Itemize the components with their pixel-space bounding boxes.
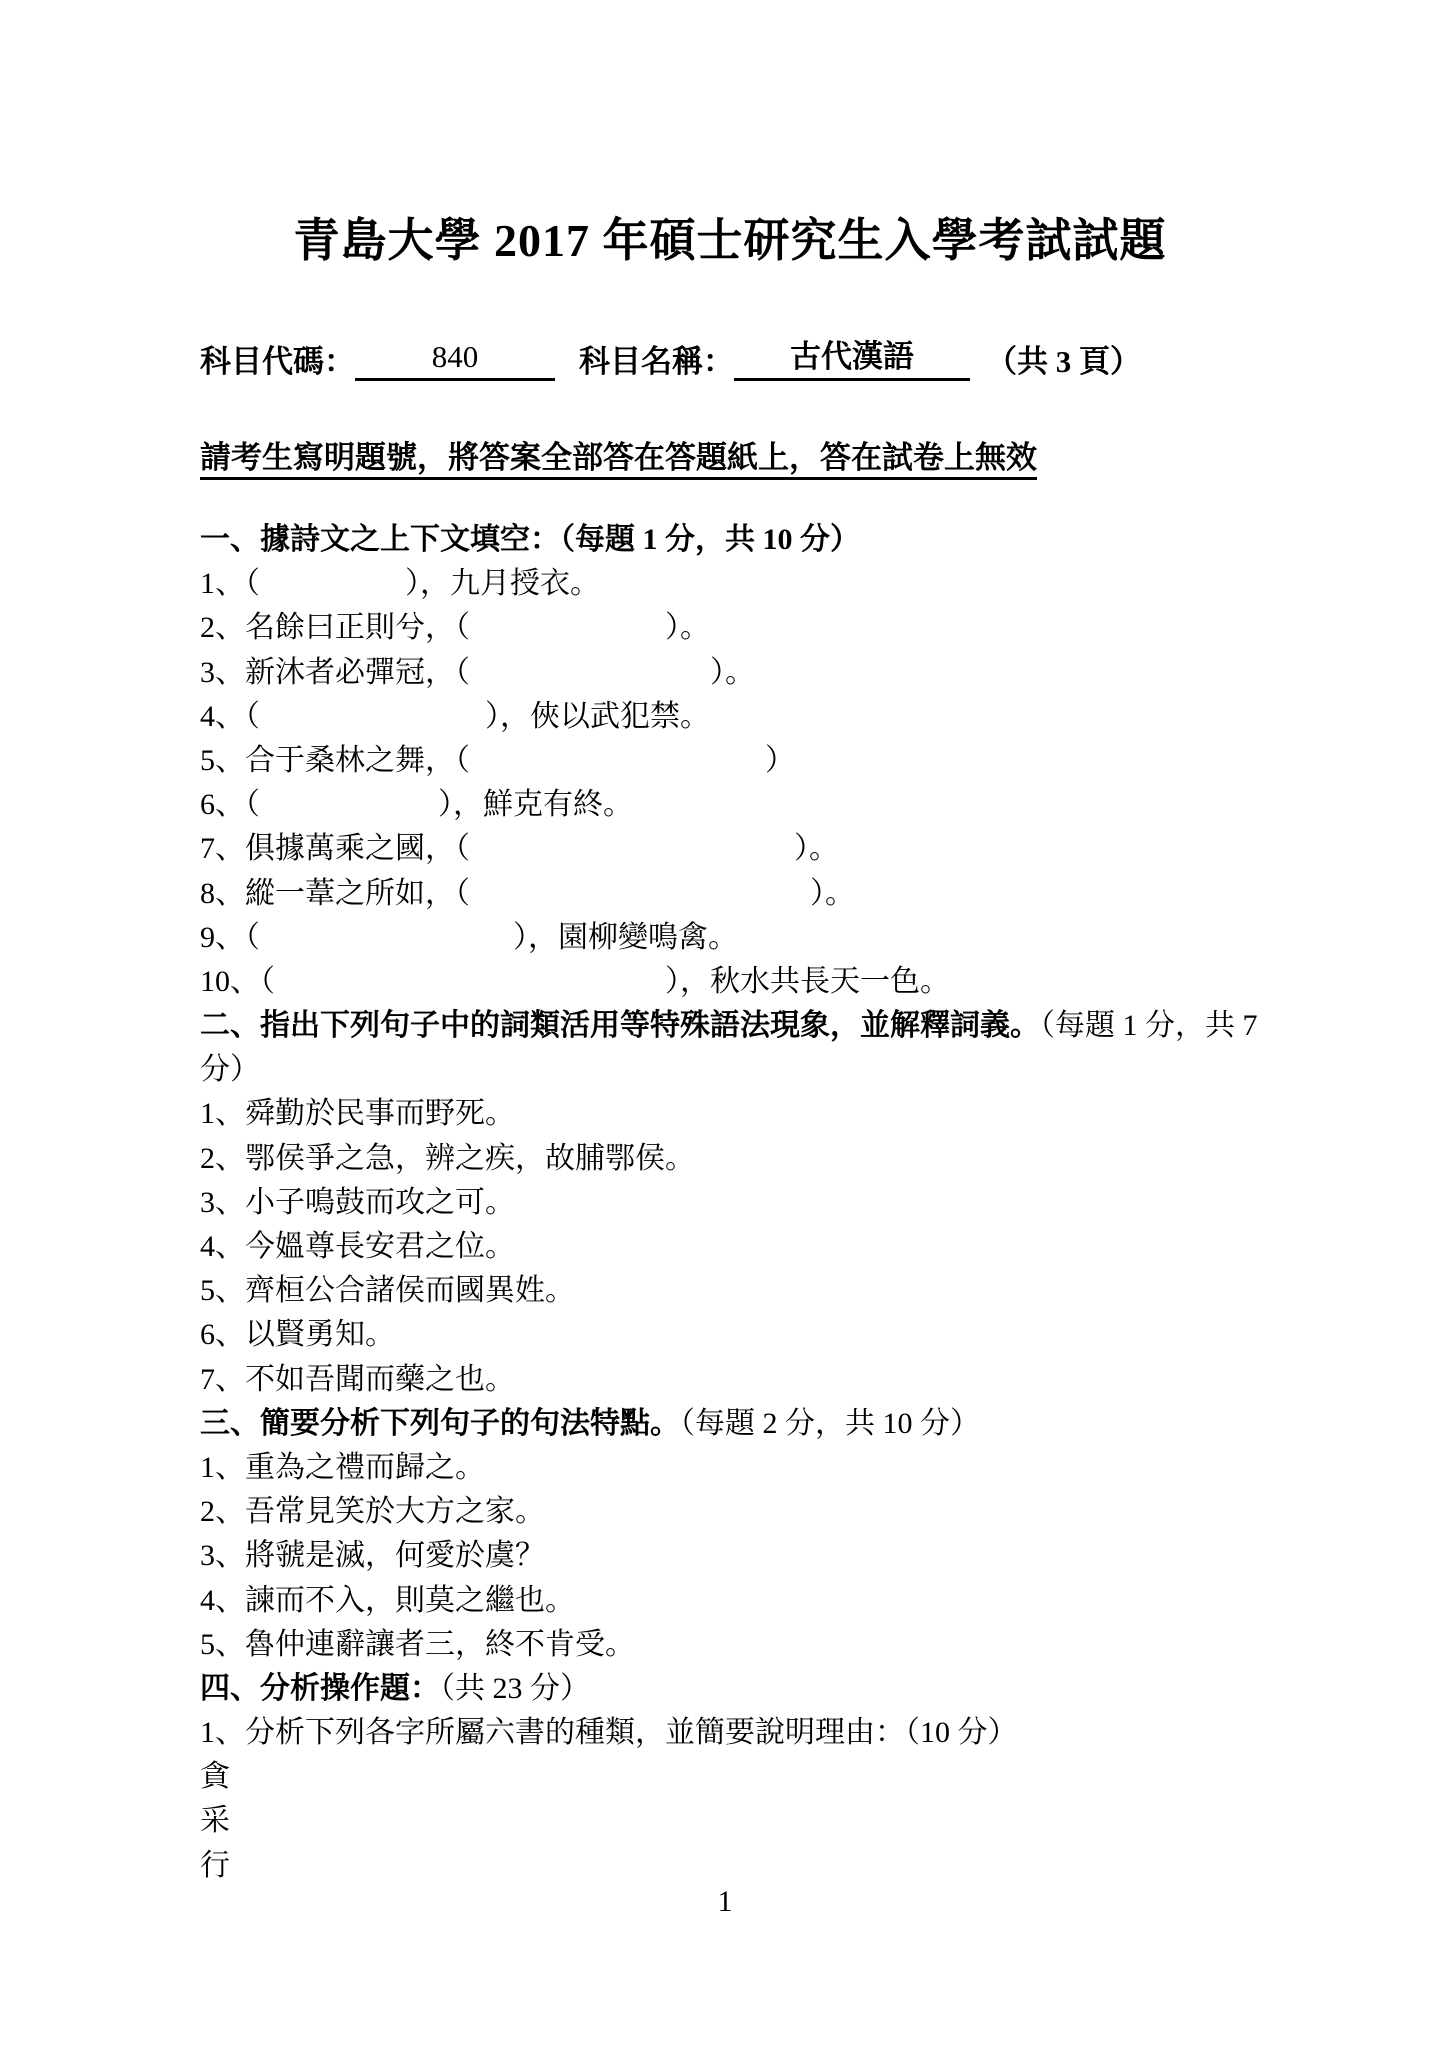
subject-code-value: 840 (355, 336, 555, 381)
exam-item: 1、重為之禮而歸之。 (200, 1446, 1260, 1490)
subject-name-value: 古代漢語 (734, 336, 970, 381)
item-text-pre: 10、（ (200, 965, 275, 998)
subject-line: 科目代碼：840科目名稱：古代漢語（共 3 頁） (200, 336, 1260, 382)
exam-item: 3、小子鳴鼓而攻之可。 (200, 1181, 1260, 1225)
exam-item: 1、分析下列各字所屬六書的種類，並簡要說明理由：（10 分） (200, 1711, 1260, 1755)
item-text-post: ），鮮克有終。 (438, 788, 633, 821)
section-heading-text: 一、據詩文之上下文填空：（每題 1 分，共 10 分） (200, 523, 860, 556)
exam-item: 4、諫而不入，則莫之繼也。 (200, 1579, 1260, 1623)
section-2-heading: 二、指出下列句子中的詞類活用等特殊語法現象，並解釋詞義。（每題 1 分，共 7 (200, 1004, 1260, 1048)
item-text-pre: 4、（ (200, 700, 260, 733)
item-text-pre: 5、合于桑林之舞，（ (200, 744, 470, 777)
exam-item: 6、以賢勇知。 (200, 1313, 1260, 1357)
item-text-pre: 7、俱據萬乘之國，（ (200, 832, 470, 865)
item-text-pre: 1、（ (200, 567, 260, 600)
fill-in-blank (470, 902, 810, 903)
questions-block: 一、據詩文之上下文填空：（每題 1 分，共 10 分） 1、（），九月授衣。 2… (200, 518, 1260, 1888)
exam-item: 7、不如吾聞而藥之也。 (200, 1358, 1260, 1402)
fill-in-blank (470, 681, 710, 682)
section-2-heading-continuation: 分） (200, 1048, 1260, 1092)
section-heading-points: （每題 2 分，共 10 分） (680, 1407, 980, 1440)
notice-text: 請考生寫明題號，將答案全部答在答題紙上，答在試卷上無效 (200, 440, 1037, 475)
item-text-pre: 8、縱一葦之所如，（ (200, 877, 470, 910)
exam-item-character: 行 (200, 1844, 1260, 1888)
page-title: 青島大學 2017 年碩士研究生入學考試試題 (200, 212, 1260, 270)
item-text-post: ），九月授衣。 (405, 567, 600, 600)
fill-blank-item-5: 5、合于桑林之舞，（） (200, 739, 1260, 783)
exam-item: 2、吾常見笑於大方之家。 (200, 1490, 1260, 1534)
item-text-post: ）。 (665, 611, 710, 644)
subject-code-label: 科目代碼： (200, 344, 355, 379)
exam-item: 4、今媼尊長安君之位。 (200, 1225, 1260, 1269)
fill-in-blank (260, 725, 485, 726)
item-text-pre: 6、（ (200, 788, 260, 821)
item-text-post: ），園柳變鳴禽。 (513, 921, 738, 954)
item-text-post: ）。 (710, 656, 755, 689)
fill-in-blank (260, 946, 513, 947)
section-1-heading: 一、據詩文之上下文填空：（每題 1 分，共 10 分） (200, 518, 1260, 562)
page-content: 青島大學 2017 年碩士研究生入學考試試題 科目代碼：840科目名稱：古代漢語… (200, 0, 1260, 1888)
section-heading-text: 二、指出下列句子中的詞類活用等特殊語法現象，並解釋詞義。 (200, 1009, 1040, 1042)
exam-item: 5、齊桓公合諸侯而國異姓。 (200, 1269, 1260, 1313)
fill-blank-item-9: 9、（），園柳變鳴禽。 (200, 916, 1260, 960)
exam-item-character: 采 (200, 1799, 1260, 1843)
exam-item-character: 貪 (200, 1755, 1260, 1799)
fill-in-blank (275, 990, 665, 991)
pages-note: （共 3 頁） (986, 344, 1141, 379)
fill-in-blank (260, 592, 405, 593)
section-4-heading: 四、分析操作題：（共 23 分） (200, 1667, 1260, 1711)
item-text-post: ）。 (810, 877, 855, 910)
section-heading-text: 四、分析操作題： (200, 1672, 440, 1705)
subject-name-label: 科目名稱： (579, 344, 734, 379)
fill-blank-item-7: 7、俱據萬乘之國，（）。 (200, 827, 1260, 871)
exam-item: 3、將虢是滅，何愛於虞？ (200, 1534, 1260, 1578)
section-heading-points: （每題 1 分，共 7 (1040, 1009, 1258, 1042)
page-number: 1 (0, 1885, 1450, 1919)
item-text-pre: 2、名餘曰正則兮，（ (200, 611, 470, 644)
item-text-post: ） (765, 744, 795, 777)
item-text-pre: 3、新沐者必彈冠，（ (200, 656, 470, 689)
fill-in-blank (470, 769, 765, 770)
fill-blank-item-4: 4、（），俠以武犯禁。 (200, 695, 1260, 739)
fill-in-blank (260, 813, 438, 814)
item-text-post: ），俠以武犯禁。 (485, 700, 710, 733)
exam-item: 2、鄂侯爭之急，辨之疾，故脯鄂侯。 (200, 1137, 1260, 1181)
section-3-heading: 三、簡要分析下列句子的句法特點。（每題 2 分，共 10 分） (200, 1402, 1260, 1446)
section-heading-points: （共 23 分） (440, 1672, 590, 1705)
item-text-post: ），秋水共長天一色。 (665, 965, 950, 998)
item-text-post: ）。 (794, 832, 839, 865)
fill-blank-item-8: 8、縱一葦之所如，（）。 (200, 872, 1260, 916)
exam-item: 5、魯仲連辭讓者三，終不肯受。 (200, 1623, 1260, 1667)
exam-item: 1、舜勤於民事而野死。 (200, 1092, 1260, 1136)
fill-blank-item-10: 10、（），秋水共長天一色。 (200, 960, 1260, 1004)
item-text-pre: 9、（ (200, 921, 260, 954)
exam-page: 青島大學 2017 年碩士研究生入學考試試題 科目代碼：840科目名稱：古代漢語… (0, 0, 1450, 2048)
notice-line: 請考生寫明題號，將答案全部答在答題紙上，答在試卷上無效 (200, 432, 1260, 480)
fill-blank-item-1: 1、（），九月授衣。 (200, 562, 1260, 606)
fill-in-blank (470, 636, 665, 637)
section-heading-text: 三、簡要分析下列句子的句法特點。 (200, 1407, 680, 1440)
fill-blank-item-6: 6、（），鮮克有終。 (200, 783, 1260, 827)
fill-blank-item-2: 2、名餘曰正則兮，（）。 (200, 606, 1260, 650)
fill-blank-item-3: 3、新沐者必彈冠，（）。 (200, 651, 1260, 695)
fill-in-blank (470, 857, 794, 858)
